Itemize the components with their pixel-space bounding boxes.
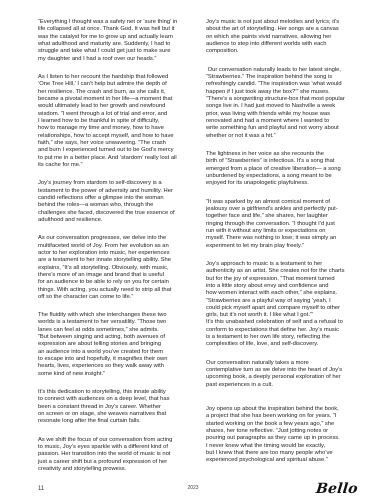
article-paragraph: “It was sparked by an almost comical mom… [206, 199, 353, 250]
article-body: “Everything I thought was a safety net o… [38, 19, 353, 484]
article-paragraph: It’s this dedication to storytelling, th… [38, 389, 185, 426]
article-left-column: “Everything I thought was a safety net o… [38, 19, 185, 484]
article-paragraph: As we shift the focus of our conversatio… [38, 437, 185, 474]
article-paragraph: The lightness in her voice as she recoun… [206, 151, 353, 188]
article-paragraph: Our conversation naturally takes a more … [206, 360, 353, 389]
page-number: 11 [38, 486, 44, 492]
article-paragraph: Joy’s music is not just about melodies a… [206, 19, 353, 56]
footer-year: 2023 [187, 485, 198, 491]
article-paragraph: Our conversation naturally leads to her … [206, 67, 353, 140]
article-paragraph: Joy’s approach to music is a testament t… [206, 261, 353, 349]
article-paragraph: As I listen to her recount the hardship … [38, 74, 185, 169]
bello-logo: Bello [315, 481, 358, 497]
article-right-column: Joy’s music is not just about melodies a… [206, 19, 353, 484]
article-paragraph: “Everything I thought was a safety net o… [38, 19, 185, 63]
article-paragraph: The fluidity with which she interchanges… [38, 312, 185, 378]
article-paragraph: Joy opens up about the inspiration behin… [206, 406, 353, 465]
article-paragraph: As our conversation progresses, we delve… [38, 235, 185, 301]
magazine-page: “Everything I thought was a safety net o… [0, 0, 386, 500]
article-paragraph: Joy’s journey from stardom to self-disco… [38, 180, 185, 224]
